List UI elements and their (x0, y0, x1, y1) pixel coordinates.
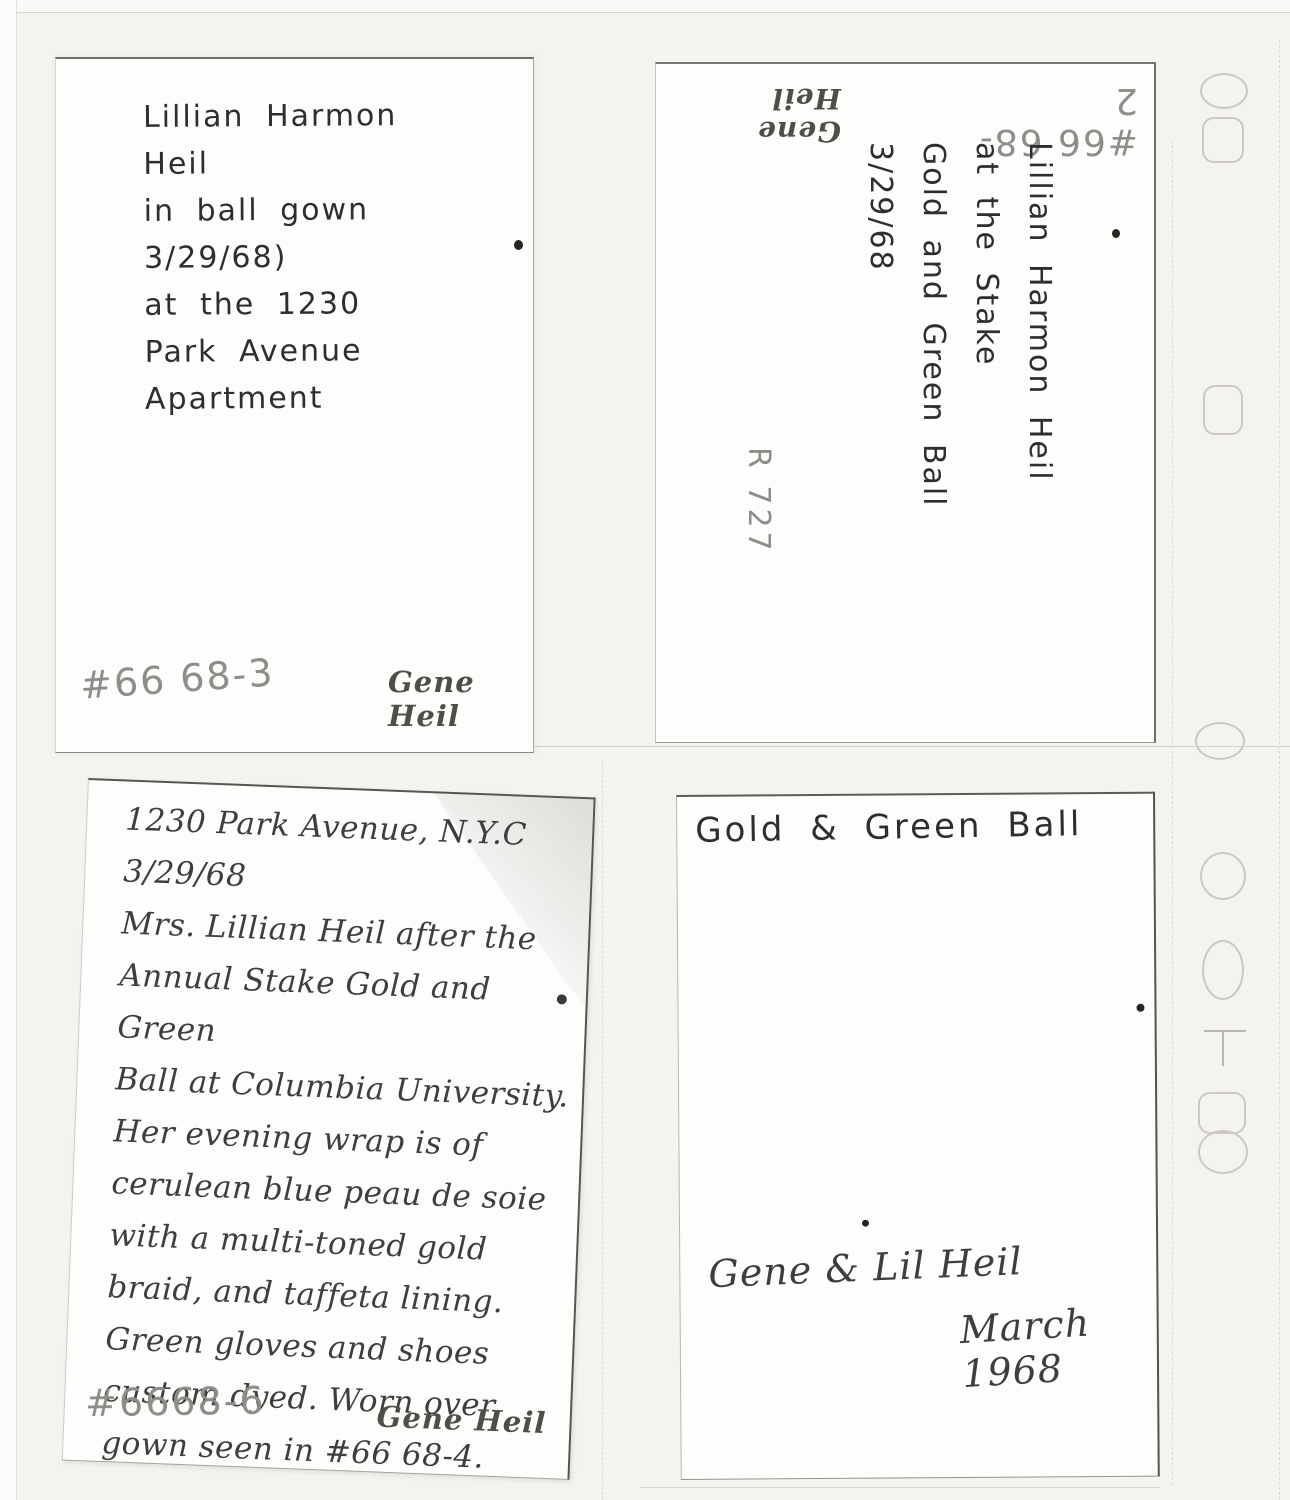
page-seam-vertical-inner (1172, 140, 1173, 1485)
scan-left-edge (0, 0, 17, 1500)
scan-top-edge (0, 0, 1290, 13)
signature: Gene & Lil Heil (708, 1239, 1024, 1296)
ink-speck (1136, 1004, 1144, 1012)
caption-line: Annual Stake Gold and Green (116, 949, 587, 1071)
page-seam-horizontal (532, 746, 1290, 747)
caption-line: 1230 Park Avenue, N.Y.C 3/29/68 (122, 793, 593, 915)
pencil-tab-mark (1204, 1030, 1246, 1032)
note-line: Gold and Green Ball (907, 142, 960, 702)
punch-hole (1200, 852, 1246, 900)
photo-back-top-left: Lillian Harmon Heil in ball gown 3/29/68… (55, 57, 534, 753)
photo-back-bottom-left: 1230 Park Avenue, N.Y.C 3/29/68 Mrs. Lil… (62, 778, 596, 1480)
note-line: at the Stake (960, 142, 1013, 702)
punch-hole (1202, 117, 1244, 163)
date-annotation: March 1968 (958, 1297, 1159, 1396)
photographer-stamp: Gene Heil (376, 1400, 547, 1440)
page-seam-bottom (640, 1487, 1160, 1488)
page-seam-vertical-middle (602, 760, 603, 1500)
note-line: Lillian Harmon (143, 92, 398, 141)
punch-hole (1203, 385, 1243, 435)
punch-hole (1198, 1092, 1246, 1134)
pencil-tab-mark (1222, 1032, 1224, 1066)
note-line: in ball gown (144, 186, 399, 235)
catalog-number: #66 68-3 (79, 650, 276, 707)
punch-hole (1198, 1130, 1248, 1174)
catalog-number: #6668-6 (85, 1379, 266, 1426)
ink-speck (514, 240, 523, 250)
ink-speck (1112, 229, 1120, 238)
page-seam-vertical-outer (1279, 40, 1280, 1500)
punch-hole (1195, 722, 1245, 760)
handwritten-note: Lillian Harmon Heil in ball gown 3/29/68… (143, 92, 400, 423)
photographer-stamp: Gene Heil (388, 665, 533, 733)
note-line: 3/29/68 (854, 142, 907, 702)
ink-speck (862, 1220, 869, 1227)
event-title: Gold & Green Ball (695, 804, 1083, 851)
note-line: Park Avenue (144, 327, 399, 376)
handwritten-note-rotated: Lillian Harmon Heil at the Stake Gold an… (854, 142, 1066, 702)
punch-hole (1200, 73, 1248, 109)
photo-back-bottom-right: Gold & Green Ball Gene & Lil Heil March … (676, 792, 1160, 1480)
photographer-stamp: Gene Heil (701, 82, 841, 148)
note-line: Lillian Harmon Heil (1013, 142, 1066, 702)
reference-number: R 727 (736, 447, 776, 572)
punch-hole (1202, 940, 1244, 1000)
note-line: 3/29/68) (144, 233, 399, 282)
note-line: Apartment (145, 374, 400, 423)
note-line: Heil (143, 139, 398, 188)
note-line: at the 1230 (144, 280, 399, 329)
scanned-album-page: Lillian Harmon Heil in ball gown 3/29/68… (0, 0, 1290, 1500)
photo-back-top-right: Gene Heil #66 68-2 Lillian Harmon Heil a… (655, 62, 1156, 743)
